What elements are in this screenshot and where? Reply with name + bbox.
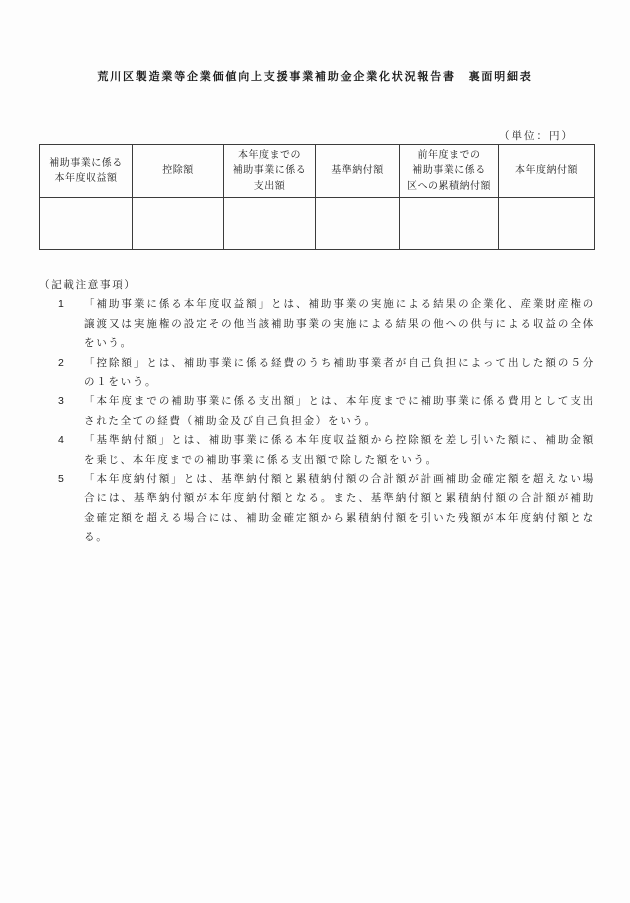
page-title: 荒川区製造業等企業価値向上支援事業補助金企業化状況報告書 裏面明細表 [0,68,630,84]
note-item-1: 1 「補助事業に係る本年度収益額」とは、補助事業の実施による結果の企業化、産業財… [39,295,595,353]
cell-current-year-payment [499,198,595,250]
note-text: 「控除額」とは、補助事業に係る経費のうち補助事業者が自己負担によって出した額の５… [84,354,595,393]
note-number: 2 [39,354,84,393]
column-header-label: 補助事業に係る 本年度収益額 [49,158,123,185]
table-row [40,198,595,250]
column-header-label: 基準納付額 [331,165,384,176]
table-header-row: 補助事業に係る 本年度収益額 控除額 本年度までの 補助事業に係る 支出額 基準… [40,145,595,198]
column-header-expenditure-to-date: 本年度までの 補助事業に係る 支出額 [224,145,316,198]
column-header-label: 本年度までの 補助事業に係る 支出額 [233,150,307,192]
column-header-label: 控除額 [162,165,194,176]
note-number: 3 [39,392,84,431]
column-header-current-year-revenue: 補助事業に係る 本年度収益額 [40,145,133,198]
column-header-standard-payment: 基準納付額 [316,145,400,198]
note-item-4: 4 「基準納付額」とは、補助事業に係る本年度収益額から控除額を差し引いた額に、補… [39,431,595,470]
cell-deduction [133,198,224,250]
cell-standard-payment [316,198,400,250]
cell-expenditure-to-date [224,198,316,250]
note-number: 1 [39,295,84,353]
note-text: 「基準納付額」とは、補助事業に係る本年度収益額から控除額を差し引いた額に、補助金… [84,431,595,470]
column-header-label: 前年度までの 補助事業に係る 区への累積納付額 [407,150,491,192]
cell-current-year-revenue [40,198,133,250]
note-text: 「補助事業に係る本年度収益額」とは、補助事業の実施による結果の企業化、産業財産権… [84,295,595,353]
note-text: 「本年度納付額」とは、基準納付額と累積納付額の合計額が計画補助金確定額を超えない… [84,470,595,548]
note-number: 4 [39,431,84,470]
column-header-deduction: 控除額 [133,145,224,198]
note-item-3: 3 「本年度までの補助事業に係る支出額」とは、本年度までに補助事業に係る費用とし… [39,392,595,431]
note-item-5: 5 「本年度納付額」とは、基準納付額と累積納付額の合計額が計画補助金確定額を超え… [39,470,595,548]
notes-heading: （記載注意事項） [39,276,595,295]
unit-label: （単位：円） [499,128,574,143]
column-header-cumulative-payment: 前年度までの 補助事業に係る 区への累積納付額 [400,145,499,198]
notes-section: （記載注意事項） 1 「補助事業に係る本年度収益額」とは、補助事業の実施による結… [39,276,595,548]
column-header-current-year-payment: 本年度納付額 [499,145,595,198]
note-text: 「本年度までの補助事業に係る支出額」とは、本年度までに補助事業に係る費用として支… [84,392,595,431]
payment-summary-table: 補助事業に係る 本年度収益額 控除額 本年度までの 補助事業に係る 支出額 基準… [39,144,595,250]
note-number: 5 [39,470,84,548]
table-body [40,198,595,250]
note-item-2: 2 「控除額」とは、補助事業に係る経費のうち補助事業者が自己負担によって出した額… [39,354,595,393]
column-header-label: 本年度納付額 [515,165,578,176]
cell-cumulative-payment [400,198,499,250]
